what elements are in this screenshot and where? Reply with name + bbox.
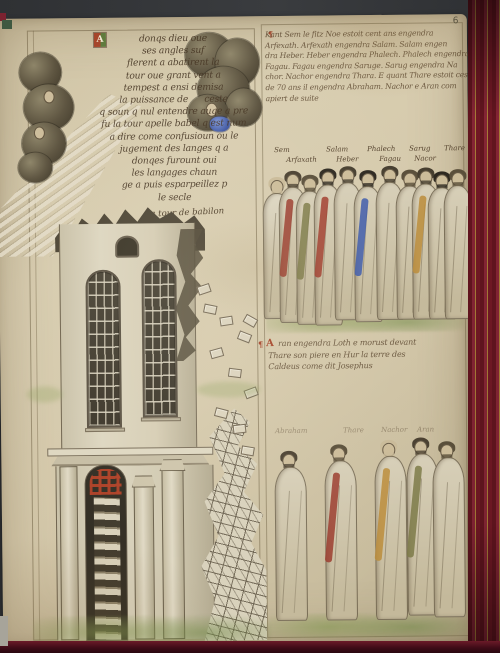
buttress-cap (132, 475, 156, 487)
figure-name-label: Thare (343, 426, 364, 434)
figure-name-label: Thare (444, 144, 465, 152)
gothic-window (85, 270, 122, 428)
falling-bricks (0, 14, 467, 19)
text-line: Caldeus come dit Josephus (268, 359, 466, 373)
tower-pillar (161, 469, 185, 639)
figure-name-label: Arfaxath (286, 156, 317, 164)
cover-corner (2, 20, 12, 29)
red-portcullis (89, 469, 121, 495)
book-cover-bottom (0, 641, 500, 653)
miniature-patriarch-crowd: SemArfaxathSalamHeberPhalechFagauSarugNa… (264, 141, 464, 333)
falling-brick (219, 316, 233, 327)
figure-name-label: Fagau (379, 155, 401, 163)
text-line: de 70 ans il engendra Abraham. Nachor e … (265, 81, 463, 94)
manuscript-page: 6 A donqs dieu oueses angles sufflerent … (0, 14, 473, 646)
figure-name-label: Phalech (367, 145, 395, 153)
tower-pillar (59, 466, 79, 640)
flyleaf-edge (0, 616, 8, 646)
folio-number: 6 (453, 16, 459, 26)
manuscript-photo: 6 A donqs dieu oueses angles sufflerent … (0, 0, 500, 653)
round-window (115, 235, 139, 257)
miniature-abraham-group: AbrahamThareNachorAran (267, 421, 467, 638)
text-line: apiert de suite (266, 92, 464, 105)
genealogy-text-block: Kant Sem le fitz Noe estoit cent ans eng… (265, 28, 464, 104)
text-line: fu la tour apelle babel q est num (94, 118, 254, 132)
robed-figure (431, 443, 467, 617)
robed-figure (323, 446, 359, 620)
window-sill (85, 428, 125, 432)
gothic-window (141, 259, 178, 417)
buttress-cap (159, 459, 185, 471)
text-line: a dire come confusioun ou le (94, 130, 254, 144)
figure-name-label: Nacor (414, 154, 436, 162)
figure-name-label: Salam (326, 145, 348, 153)
falling-brick (233, 424, 247, 434)
figure-name-label: Heber (336, 155, 358, 163)
angel-face (43, 90, 54, 103)
falling-brick (241, 445, 255, 456)
rubric-paraph: ¶ (258, 339, 263, 349)
book-fore-edge (468, 0, 500, 653)
figure-name-label: Abraham (275, 427, 307, 435)
figure-name-label: Aran (417, 425, 434, 433)
text-line: le secle (95, 191, 255, 205)
robed-figure (373, 442, 409, 620)
angel-face (34, 126, 45, 139)
window-sill (141, 417, 181, 421)
babel-text-block: donqs dieu oueses angles sufflerent a ab… (93, 32, 255, 205)
loth-text-block: ran engendra Loth e morust devantThare s… (268, 336, 466, 373)
figure-name-label: Sem (274, 146, 290, 154)
figure-name-label: Sarug (409, 144, 430, 152)
falling-brick (228, 368, 242, 379)
figure-name-label: Nachor (381, 426, 407, 434)
robed-figure (273, 453, 309, 621)
tower-stairwell (85, 466, 127, 640)
